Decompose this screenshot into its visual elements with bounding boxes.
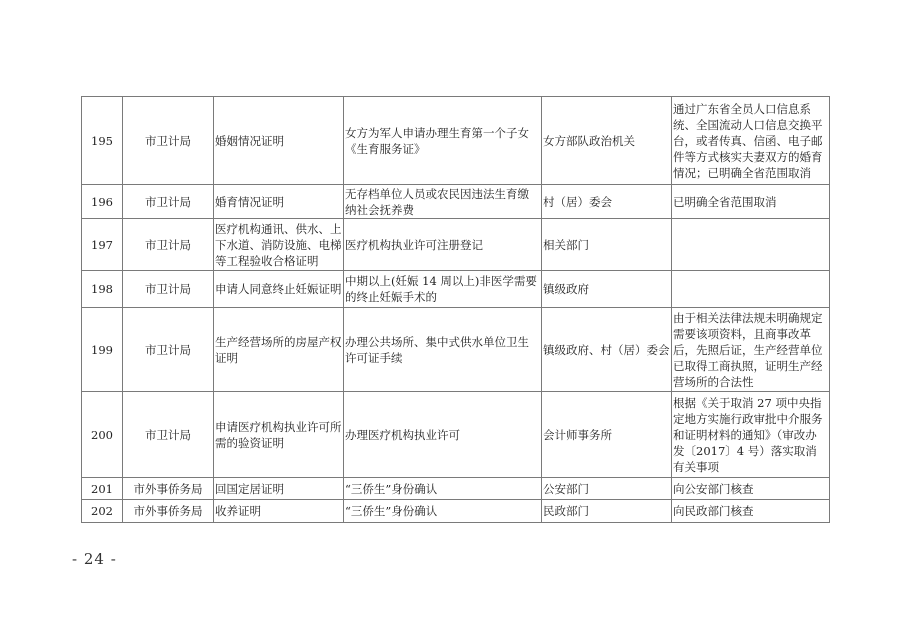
cancellation-measure: 向公安部门核查 <box>672 478 830 500</box>
row-number: 195 <box>82 97 123 185</box>
certificate-material: 申请医疗机构执业许可所需的验资证明 <box>214 392 344 478</box>
row-number: 201 <box>82 478 123 500</box>
table-row: 196 市卫计局 婚育情况证明 无存档单位人员或农民因违法生育缴纳社会抚养费 村… <box>82 185 830 219</box>
table-row: 198 市卫计局 申请人同意终止妊娠证明 中期以上(妊娠 14 周以上)非医学需… <box>82 271 830 308</box>
issuing-unit: 村（居）委会 <box>542 185 672 219</box>
row-number: 196 <box>82 185 123 219</box>
certificate-material: 生产经营场所的房屋产权证明 <box>214 308 344 392</box>
issuing-unit: 相关部门 <box>542 219 672 271</box>
department: 市卫计局 <box>123 97 214 185</box>
row-number: 199 <box>82 308 123 392</box>
department: 市卫计局 <box>123 185 214 219</box>
matter: “三侨生”身份确认 <box>344 500 542 523</box>
issuing-unit: 镇级政府 <box>542 271 672 308</box>
department: 市卫计局 <box>123 392 214 478</box>
cancellation-measure: 根据《关于取消 27 项中央指定地方实施行政审批中介服务和证明材料的通知》（审改… <box>672 392 830 478</box>
certificate-material: 回国定居证明 <box>214 478 344 500</box>
issuing-unit: 民政部门 <box>542 500 672 523</box>
matter: 中期以上(妊娠 14 周以上)非医学需要的终止妊娠手术的 <box>344 271 542 308</box>
table-row: 201 市外事侨务局 回国定居证明 “三侨生”身份确认 公安部门 向公安部门核查 <box>82 478 830 500</box>
certificate-material: 医疗机构通讯、供水、上下水道、消防设施、电梯等工程验收合格证明 <box>214 219 344 271</box>
cancellation-measure: 由于相关法律法规未明确规定需要该项资料，且商事改革后，先照后证，生产经营单位已取… <box>672 308 830 392</box>
matter: 无存档单位人员或农民因违法生育缴纳社会抚养费 <box>344 185 542 219</box>
cancellation-measure: 已明确全省范围取消 <box>672 185 830 219</box>
certificate-table: 195 市卫计局 婚姻情况证明 女方为军人申请办理生育第一个子女《生育服务证》 … <box>81 96 830 523</box>
row-number: 198 <box>82 271 123 308</box>
department: 市卫计局 <box>123 219 214 271</box>
issuing-unit: 会计师事务所 <box>542 392 672 478</box>
certificate-material: 收养证明 <box>214 500 344 523</box>
cancellation-measure <box>672 271 830 308</box>
table-row: 202 市外事侨务局 收养证明 “三侨生”身份确认 民政部门 向民政部门核查 <box>82 500 830 523</box>
certificate-material: 婚姻情况证明 <box>214 97 344 185</box>
matter: 医疗机构执业许可注册登记 <box>344 219 542 271</box>
table-row: 197 市卫计局 医疗机构通讯、供水、上下水道、消防设施、电梯等工程验收合格证明… <box>82 219 830 271</box>
department: 市卫计局 <box>123 271 214 308</box>
table-row: 199 市卫计局 生产经营场所的房屋产权证明 办理公共场所、集中式供水单位卫生许… <box>82 308 830 392</box>
row-number: 202 <box>82 500 123 523</box>
department: 市外事侨务局 <box>123 478 214 500</box>
issuing-unit: 女方部队政治机关 <box>542 97 672 185</box>
table-row: 195 市卫计局 婚姻情况证明 女方为军人申请办理生育第一个子女《生育服务证》 … <box>82 97 830 185</box>
table-row: 200 市卫计局 申请医疗机构执业许可所需的验资证明 办理医疗机构执业许可 会计… <box>82 392 830 478</box>
issuing-unit: 镇级政府、村（居）委会 <box>542 308 672 392</box>
matter: “三侨生”身份确认 <box>344 478 542 500</box>
cancellation-measure: 向民政部门核查 <box>672 500 830 523</box>
row-number: 197 <box>82 219 123 271</box>
issuing-unit: 公安部门 <box>542 478 672 500</box>
page-number: - 24 - <box>72 550 117 568</box>
certificate-material: 婚育情况证明 <box>214 185 344 219</box>
cancellation-measure <box>672 219 830 271</box>
department: 市外事侨务局 <box>123 500 214 523</box>
department: 市卫计局 <box>123 308 214 392</box>
matter: 女方为军人申请办理生育第一个子女《生育服务证》 <box>344 97 542 185</box>
cancellation-measure: 通过广东省全员人口信息系统、全国流动人口信息交换平台，或者传真、信函、电子邮件等… <box>672 97 830 185</box>
matter: 办理医疗机构执业许可 <box>344 392 542 478</box>
certificate-material: 申请人同意终止妊娠证明 <box>214 271 344 308</box>
row-number: 200 <box>82 392 123 478</box>
matter: 办理公共场所、集中式供水单位卫生许可证手续 <box>344 308 542 392</box>
